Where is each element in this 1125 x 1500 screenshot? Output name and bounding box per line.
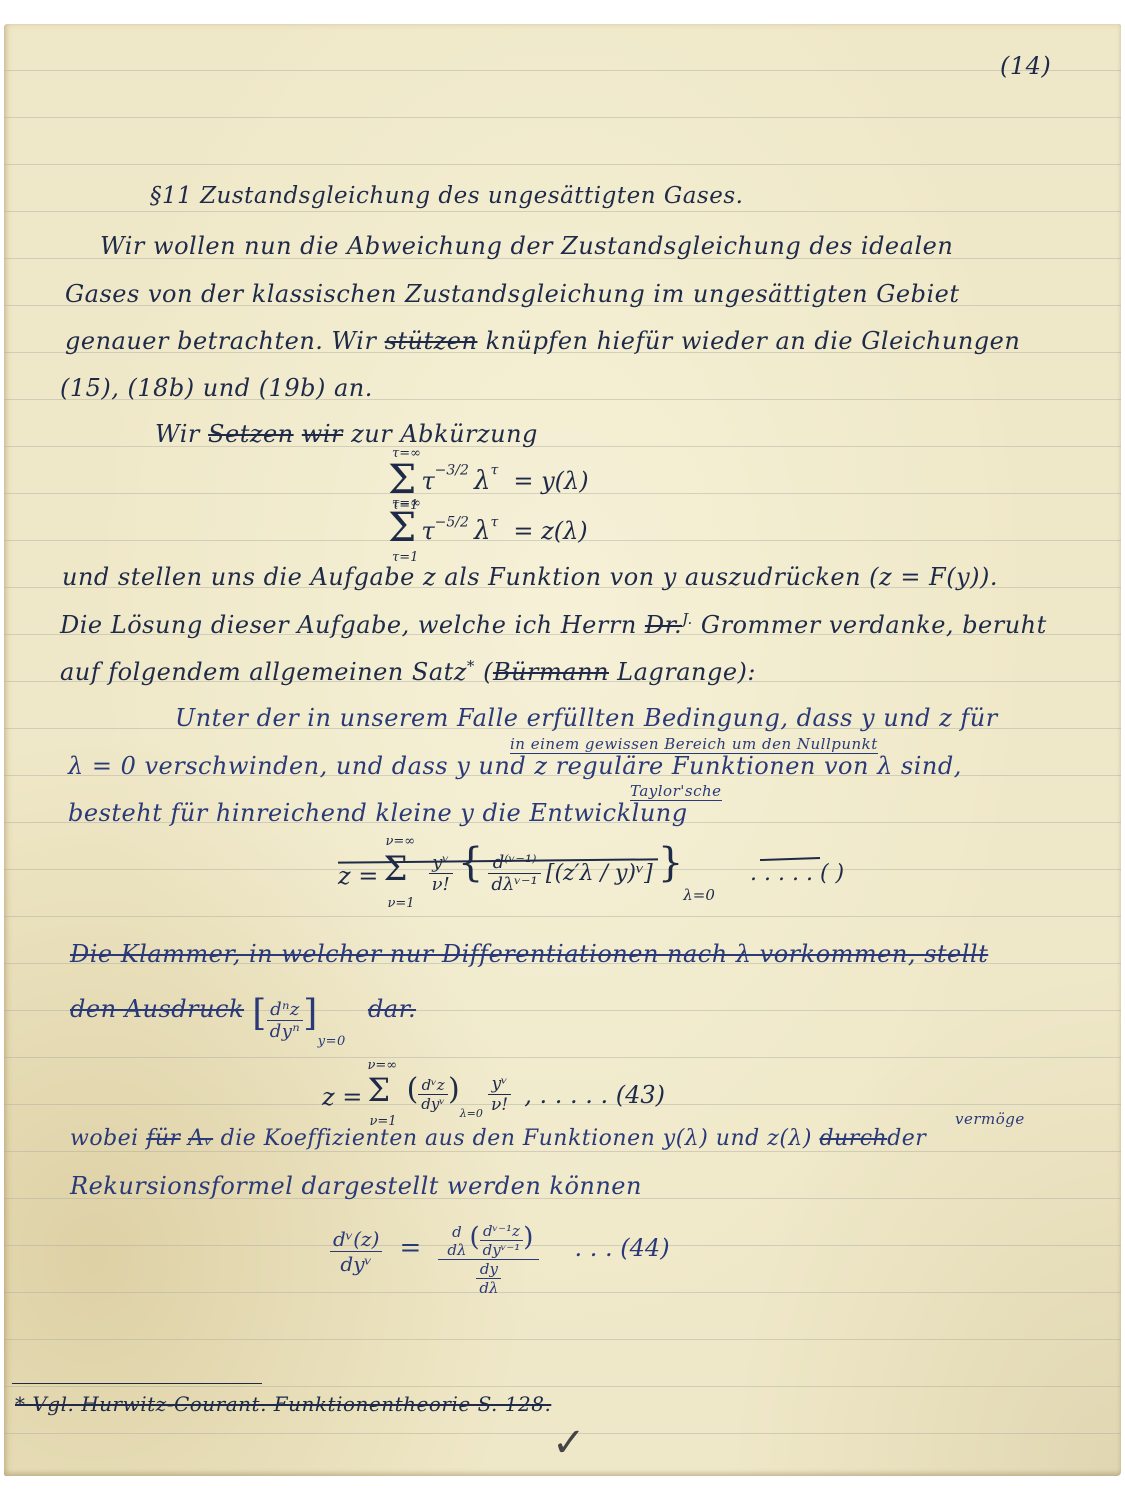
fraction-denominator: dyᵛ⁻¹ <box>480 1241 524 1259</box>
fraction-numerator: dⁿz <box>267 999 304 1021</box>
sum-symbol: Σ <box>383 849 407 889</box>
fraction-denominator: dyᵛ <box>418 1095 448 1113</box>
term-exponent: −5/2 <box>435 515 469 531</box>
struck-word: Dr. <box>645 611 682 639</box>
equation-number: . . . (44) <box>575 1234 670 1262</box>
struck-word: wir <box>302 420 343 448</box>
text-segment: Lagrange): <box>617 658 756 686</box>
paragraph1-line1: Wir wollen nun die Abweichung der Zustan… <box>100 232 953 260</box>
text-segment: zur Abkürzung <box>351 420 538 448</box>
check-mark-icon: ✓ <box>552 1420 586 1466</box>
page-number: (14) <box>1000 52 1051 80</box>
text-segment: wobei <box>70 1126 139 1151</box>
inner-fraction: dᵛ⁻¹z dyᵛ⁻¹ <box>480 1222 524 1259</box>
struck-text: den Ausdruck <box>70 995 244 1023</box>
struck-paragraph-line1: Die Klammer, in welcher nur Differentiat… <box>70 940 988 968</box>
equation-44: dᵛ(z) dyᵛ = d dλ ( dᵛ⁻¹z dyᵛ⁻¹ ) dy dλ .… <box>330 1200 670 1275</box>
fraction-denominator: dyⁿ <box>267 1021 304 1042</box>
struck-word: Bürmann <box>493 658 609 686</box>
lhs-fraction: dᵛ(z) dyᵛ <box>330 1227 382 1276</box>
paragraph4-line3: besteht für hinreichend kleine y die Ent… <box>68 799 688 827</box>
fraction-denominator: ν! <box>488 1095 511 1115</box>
formula-lhs: z = <box>338 862 378 890</box>
rhs-numerator: d dλ ( dᵛ⁻¹z dyᵛ⁻¹ ) <box>438 1222 539 1260</box>
bracket-expression: [(z′λ / y)ᵛ] <box>546 861 653 886</box>
lambda-exponent: τ <box>491 515 499 531</box>
paragraph3-line2: Die Lösung dieser Aufgabe, welche ich He… <box>60 610 1047 639</box>
evaluation-point: y=0 <box>318 1034 346 1049</box>
struck-word: Setzen <box>208 420 294 448</box>
term-exponent: −3/2 <box>435 463 469 479</box>
paragraph4-line2: λ = 0 verschwinden, und dass y und z reg… <box>68 752 962 780</box>
sum-symbol: Σ <box>367 1071 390 1109</box>
equation-rhs: = y(λ) <box>513 467 588 495</box>
fraction-numerator: yᵛ <box>488 1074 511 1095</box>
fraction-numerator: d⁽ᵛ⁻¹⁾ <box>488 852 540 874</box>
sum-lower-limit: ν=1 <box>387 896 414 911</box>
text-segment: die Koeffizienten aus den Funktionen y(λ… <box>221 1126 812 1151</box>
lambda-symbol: λ <box>474 516 490 546</box>
text-segment: der <box>887 1126 926 1151</box>
paragraph2-line1: Wir Setzen wir zur Abkürzung <box>155 420 538 448</box>
paragraph1-line4: (15), (18b) und (19b) an. <box>60 374 373 402</box>
equals-sign: = <box>400 1233 422 1263</box>
evaluation-point: λ=0 <box>683 886 715 904</box>
fraction-denominator: dλ <box>476 1279 501 1297</box>
footnote: * Vgl. Hurwitz-Courant. Funktionentheori… <box>15 1392 551 1416</box>
struck-word: stützen <box>385 327 478 355</box>
footnote-mark: * <box>467 657 475 675</box>
text-segment: Wir <box>155 420 200 448</box>
term-base: τ <box>421 467 434 495</box>
rhs-denominator: dy dλ <box>438 1260 539 1297</box>
paragraph5-line2: Rekursionsformel dargestellt werden könn… <box>70 1172 642 1200</box>
paragraph1-line2: Gases von der klassischen Zustandsgleich… <box>65 280 960 308</box>
operator-d: d <box>444 1223 469 1241</box>
d-dlambda-operator: d dλ <box>444 1223 469 1259</box>
fraction-denominator: dyᵛ <box>330 1252 382 1276</box>
equation-43: z = ν=∞ Σ ν=1 ( dᵛz dyᵛ )λ=0 yᵛ ν! , . .… <box>322 1062 665 1105</box>
fraction-numerator: yᵛ <box>429 852 453 874</box>
struck-word: für <box>146 1126 180 1151</box>
operator-dlambda: dλ <box>444 1241 469 1259</box>
text-segment: Grommer verdanke, beruht <box>701 611 1047 639</box>
rhs-fraction: d dλ ( dᵛ⁻¹z dyᵛ⁻¹ ) dy dλ <box>438 1222 539 1297</box>
paragraph4-line1: Unter der in unserem Falle erfüllten Bed… <box>175 704 998 732</box>
text-segment: auf folgendem allgemeinen Satz <box>60 658 467 686</box>
fraction-numerator: dᵛ(z) <box>330 1227 382 1252</box>
fraction-numerator: dᵛ⁻¹z <box>480 1222 524 1241</box>
lambda-exponent: τ <box>491 463 499 479</box>
struck-word: Aᵥ <box>188 1126 213 1151</box>
derivative-fraction: dᵛz dyᵛ <box>418 1076 448 1113</box>
term-base: τ <box>421 517 434 545</box>
equation-z-lambda: τ=∞ τ=1 Σ τ−5/2 λτ = z(λ) <box>388 500 588 540</box>
fraction-denominator: dλᵛ⁻¹ <box>488 874 540 895</box>
paragraph3-line1: und stellen uns die Aufgabe z als Funkti… <box>62 563 998 591</box>
lambda-symbol: λ <box>474 466 490 496</box>
derivative-fraction: d⁽ᵛ⁻¹⁾ dλᵛ⁻¹ <box>488 852 540 895</box>
equation-y-lambda: τ=∞ τ=1 Σ τ−3/2 λτ = y(λ) <box>388 448 589 488</box>
paragraph5-line1: wobei für Aᵥ die Koeffizienten aus den F… <box>70 1126 926 1151</box>
fraction-numerator: dy <box>476 1260 501 1279</box>
text-segment: ( <box>483 658 493 686</box>
text-segment: Die Lösung dieser Aufgabe, welche ich He… <box>60 611 637 639</box>
struck-paragraph-line2: den Ausdruck [ dⁿz dyⁿ ]y=0 dar. <box>70 985 416 1032</box>
fraction-denominator: ν! <box>429 874 453 895</box>
struck-formula: z = ν=∞ Σ ν=1 yᵛ ν! { d⁽ᵛ⁻¹⁾ dλᵛ⁻¹ [(z′λ… <box>338 830 844 883</box>
section-heading: §11 Zustandsgleichung des ungesättigten … <box>150 183 743 209</box>
paragraph3-line3: auf folgendem allgemeinen Satz* (Bürmann… <box>60 657 756 686</box>
dy-dlambda: dy dλ <box>476 1260 501 1297</box>
inserted-initial: J. <box>682 610 693 628</box>
equation-tag: . . . . . ( ) <box>750 861 844 886</box>
coef-fraction: yᵛ ν! <box>488 1074 511 1115</box>
fraction-numerator: dᵛz <box>418 1076 448 1095</box>
footnote-separator <box>12 1383 262 1384</box>
text-segment: genauer betrachten. Wir <box>65 327 376 355</box>
paragraph5-insert: vermöge <box>955 1110 1025 1128</box>
struck-word: durch <box>819 1126 887 1151</box>
text-segment: knüpfen hiefür wieder an die Gleichungen <box>486 327 1021 355</box>
evaluation-point: λ=0 <box>460 1107 483 1120</box>
formula-lhs: z = <box>322 1083 362 1111</box>
equation-rhs: = z(λ) <box>513 517 587 545</box>
sum-symbol: Σ <box>388 505 416 551</box>
struck-text: dar. <box>368 995 416 1023</box>
equation-number: , . . . . . (43) <box>524 1081 665 1109</box>
sum-upper-limit: ν=∞ <box>385 834 415 849</box>
coef-fraction: yᵛ ν! <box>429 852 453 895</box>
derivative-fraction: dⁿz dyⁿ <box>267 999 304 1042</box>
paragraph1-line3: genauer betrachten. Wir stützen knüpfen … <box>65 327 1020 355</box>
